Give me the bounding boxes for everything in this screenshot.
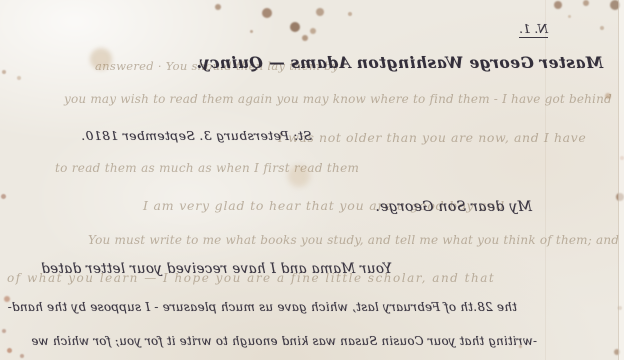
letter-body-line: Your Mama and I have received your lette… xyxy=(41,261,392,277)
letter-address-line: Master George Washington Adams — Quincy. xyxy=(196,53,603,72)
letter-dateline: St: Petersburg 3. September 1810. xyxy=(81,128,312,143)
letter-body-line: the 28.th of February last, which gave u… xyxy=(8,300,517,314)
manuscript-page: answered · You should then lay them by y… xyxy=(0,0,624,360)
letter-docket-number: N. 1. xyxy=(519,22,548,36)
letter-body-line: -writing that your Cousin Susan was kind… xyxy=(31,334,537,348)
page-right-edge xyxy=(618,0,624,360)
mirrored-ink-layer: N. 1. Master George Washington Adams — Q… xyxy=(0,0,624,360)
letter-salutation: My dear Son George. xyxy=(375,199,532,215)
docket-text: N. 1. xyxy=(519,22,548,38)
